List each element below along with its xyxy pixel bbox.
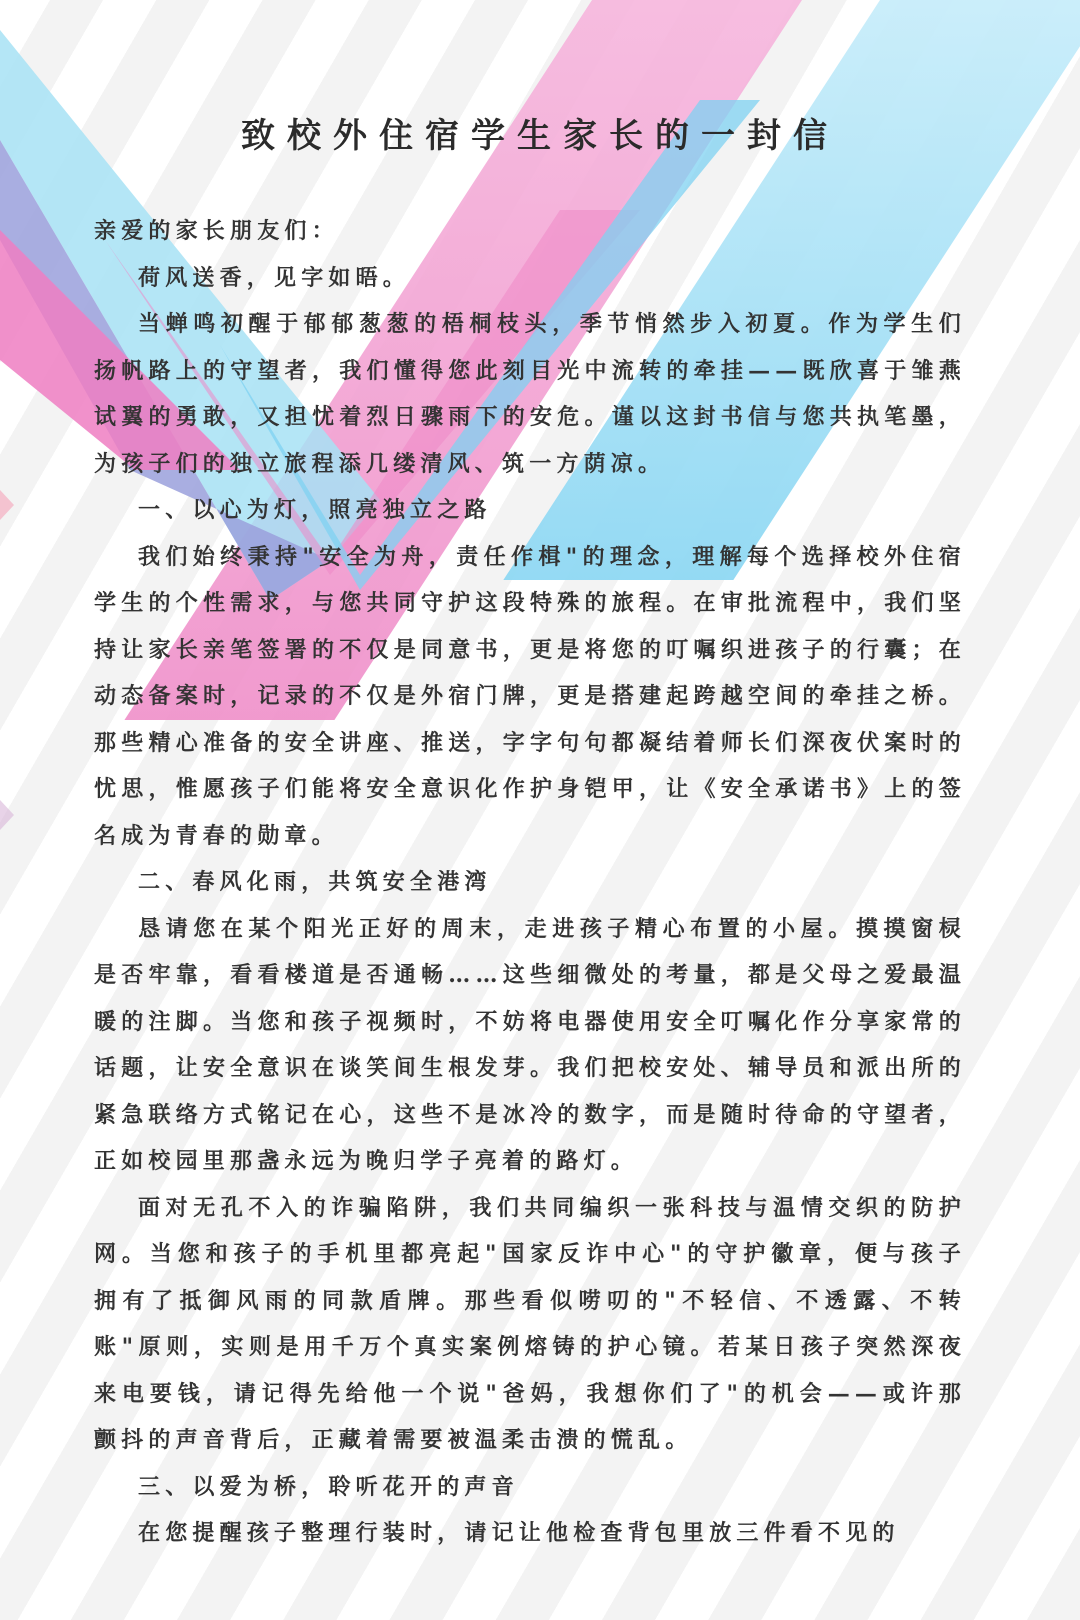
greeting-paragraph: 荷风送香，见字如晤。 (94, 255, 966, 302)
letter-page: 致校外住宿学生家长的一封信 亲爱的家长朋友们： 荷风送香，见字如晤。 当蝉鸣初醒… (0, 0, 1080, 1620)
letter-body: 亲爱的家长朋友们： 荷风送香，见字如晤。 当蝉鸣初醒于郁郁葱葱的梧桐枝头，季节悄… (94, 208, 966, 1557)
section-2-paragraph-2: 面对无孔不入的诈骗陷阱，我们共同编织一张科技与温情交织的防护网。当您和孩子的手机… (94, 1185, 966, 1464)
section-heading-3: 三、以爱为桥，聆听花开的声音 (94, 1464, 966, 1511)
section-2-paragraph-1: 恳请您在某个阳光正好的周末，走进孩子精心布置的小屋。摸摸窗棂是否牢靠，看看楼道是… (94, 906, 966, 1185)
section-1-paragraph: 我们始终秉持"安全为舟，责任作楫"的理念，理解每个选择校外住宿学生的个性需求，与… (94, 534, 966, 860)
section-heading-2: 二、春风化雨，共筑安全港湾 (94, 859, 966, 906)
salutation: 亲爱的家长朋友们： (94, 208, 966, 255)
section-heading-1: 一、以心为灯，照亮独立之路 (94, 487, 966, 534)
letter-title: 致校外住宿学生家长的一封信 (0, 108, 1080, 157)
intro-paragraph: 当蝉鸣初醒于郁郁葱葱的梧桐枝头，季节悄然步入初夏。作为学生们扬帆路上的守望者，我… (94, 301, 966, 487)
section-3-paragraph: 在您提醒孩子整理行装时，请记让他检查背包里放三件看不见的 (94, 1510, 966, 1557)
